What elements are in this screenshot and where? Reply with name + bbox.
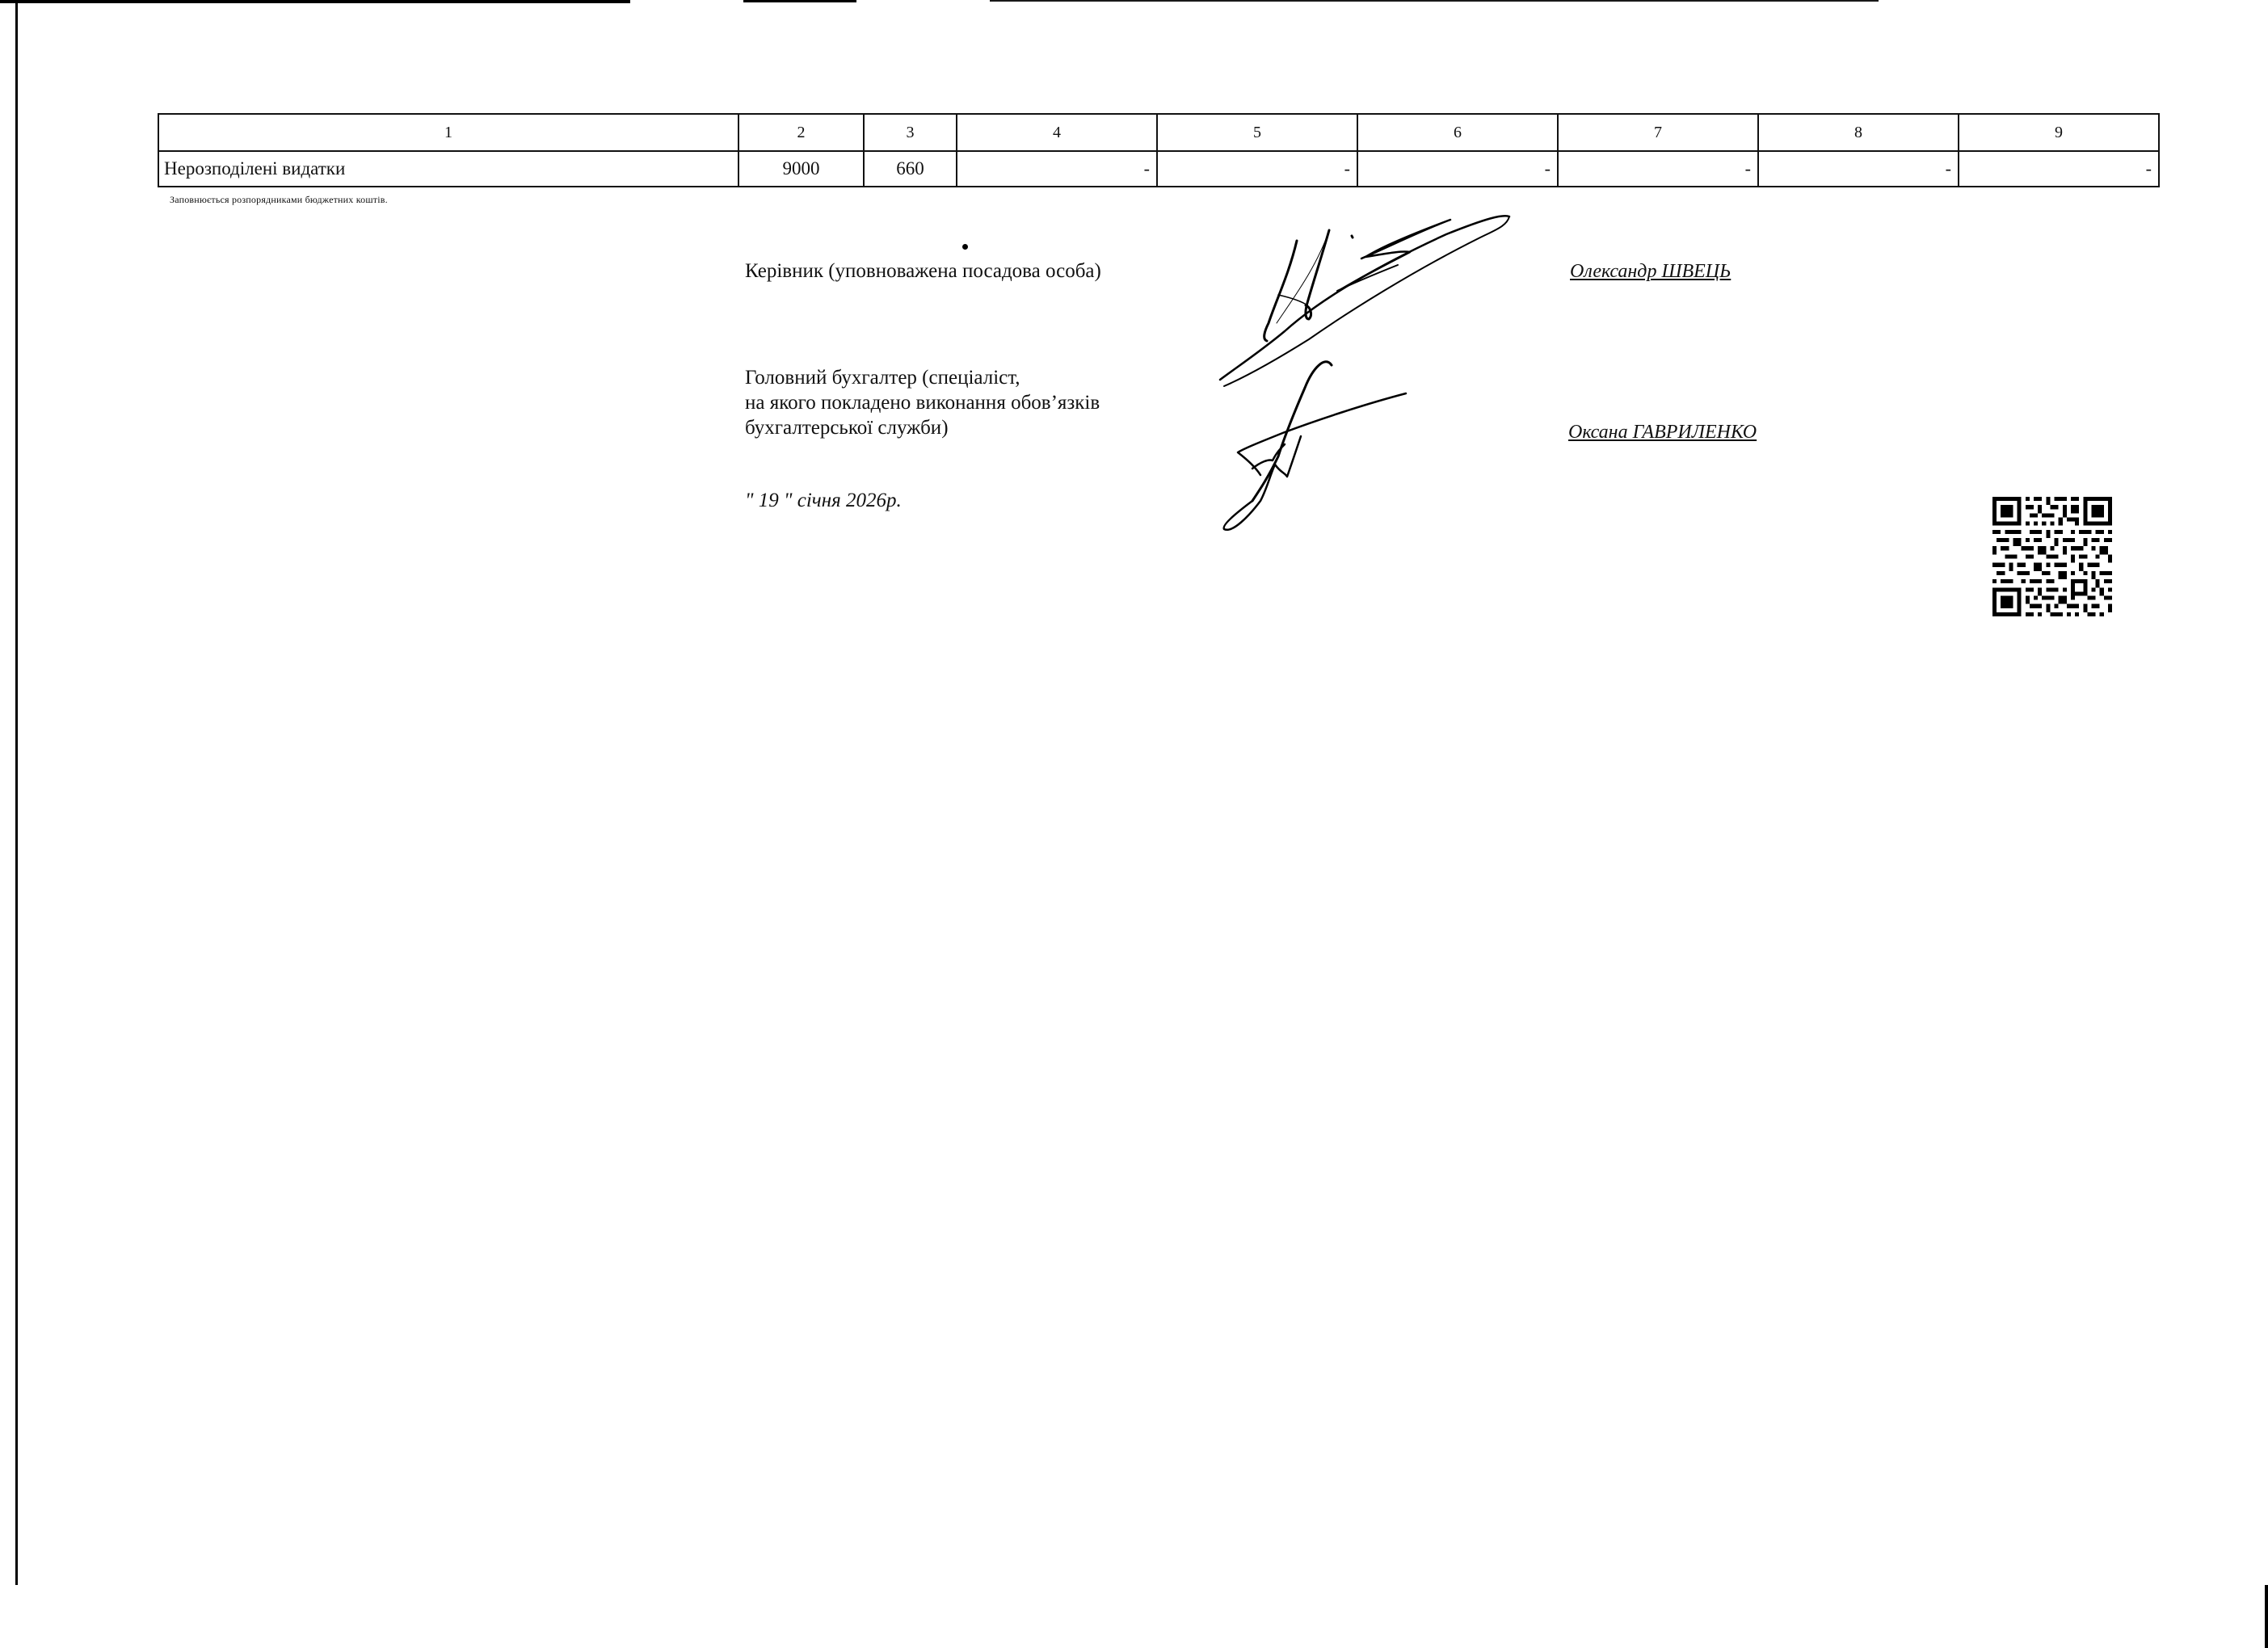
column-number: 5 — [1157, 114, 1357, 151]
column-number: 3 — [864, 114, 957, 151]
director-role: Керівник (уповноважена посадова особа) — [745, 259, 1101, 284]
cell-value: 9000 — [738, 151, 864, 187]
scan-edge-top — [0, 0, 630, 3]
accountant-role-line: Головний бухгалтер (спеціаліст, — [745, 365, 1100, 390]
cell-value: - — [1357, 151, 1558, 187]
scan-edge-top — [990, 0, 1879, 2]
director-name: Олександр ШВЕЦЬ — [1570, 261, 1731, 283]
column-number: 6 — [1357, 114, 1558, 151]
cell-value: - — [1758, 151, 1959, 187]
budget-table: 1 2 3 4 5 6 7 8 9 Нерозподілені видатки … — [158, 113, 2160, 187]
dot-mark — [962, 244, 968, 250]
table-row: Нерозподілені видатки 9000 660 - - - - -… — [158, 151, 2159, 187]
accountant-role-line: на якого покладено виконання обов’язків — [745, 390, 1100, 415]
column-number: 1 — [158, 114, 738, 151]
cell-value: - — [957, 151, 1157, 187]
handwritten-signature-icon — [1204, 202, 1527, 541]
sign-date: " 19 " січня 2026р. — [745, 488, 902, 513]
scan-edge-right — [2265, 1585, 2268, 1648]
table-footnote: Заповнюється розпорядниками бюджетних ко… — [170, 194, 388, 206]
column-number: 4 — [957, 114, 1157, 151]
row-name: Нерозподілені видатки — [158, 151, 738, 187]
accountant-name: Оксана ГАВРИЛЕНКО — [1568, 422, 1757, 444]
column-number: 2 — [738, 114, 864, 151]
cell-value: 660 — [864, 151, 957, 187]
accountant-role: Головний бухгалтер (спеціаліст, на якого… — [745, 365, 1100, 440]
table-header-row: 1 2 3 4 5 6 7 8 9 — [158, 114, 2159, 151]
cell-value: - — [1558, 151, 1758, 187]
column-number: 9 — [1959, 114, 2159, 151]
scan-edge-left — [15, 0, 18, 1585]
qr-code-icon — [1992, 497, 2112, 616]
cell-value: - — [1157, 151, 1357, 187]
column-number: 8 — [1758, 114, 1959, 151]
cell-value: - — [1959, 151, 2159, 187]
scan-edge-top — [743, 0, 856, 2]
accountant-role-line: бухгалтерської служби) — [745, 415, 1100, 440]
column-number: 7 — [1558, 114, 1758, 151]
